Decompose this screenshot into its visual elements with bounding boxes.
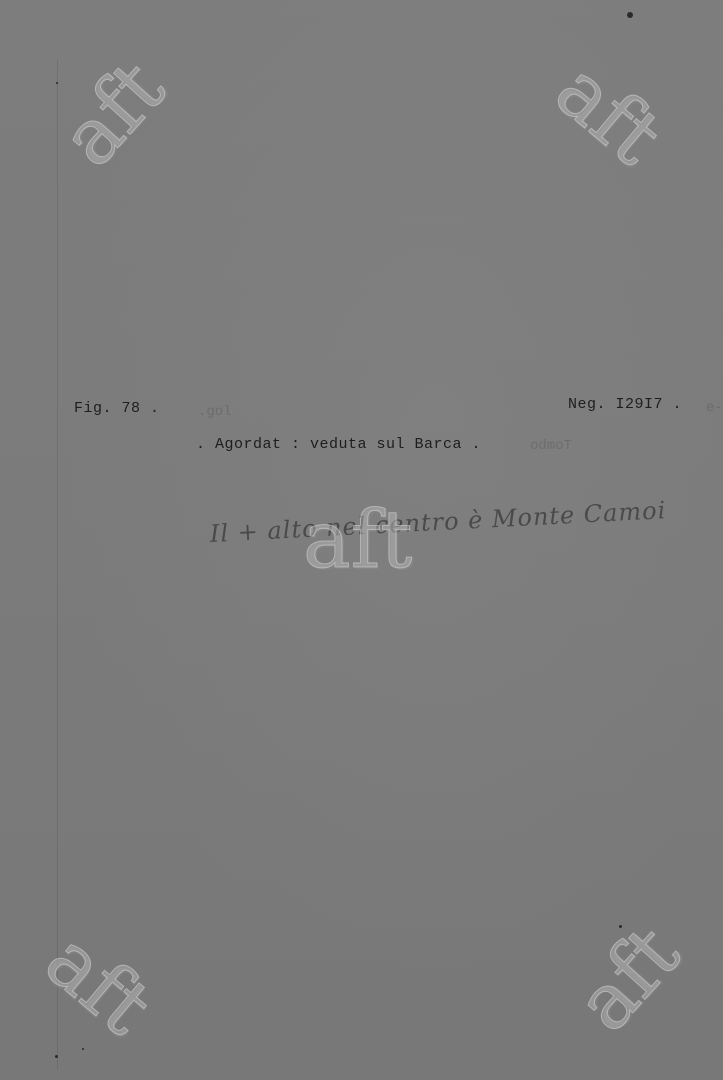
figure-label: Fig. 78 . [74,400,160,417]
dust-speck [56,82,58,84]
dust-speck [627,12,633,18]
negative-label: Neg. I29I7 . [568,396,682,413]
caption: . Agordat : veduta sul Barca . [196,436,481,453]
dust-speck [55,1055,58,1058]
ghost-bleed-neg: e- [706,400,723,416]
dust-speck [82,1048,84,1050]
watermark-logo: aft [564,913,693,1044]
ghost-bleed-right: odmoT [530,438,572,454]
watermark-logo: aft [542,50,674,178]
margin-line [57,60,58,1070]
handwritten-note: Il + alto nel centro è Monte Camoi [209,496,667,548]
ghost-bleed-left: .gol [198,404,232,420]
archival-card: Fig. 78 . .gol Neg. I29I7 . e- . Agordat… [0,0,723,1080]
watermark-logo: aft [303,500,412,580]
watermark-logo: aft [32,920,164,1048]
watermark-logo: aft [49,48,178,179]
